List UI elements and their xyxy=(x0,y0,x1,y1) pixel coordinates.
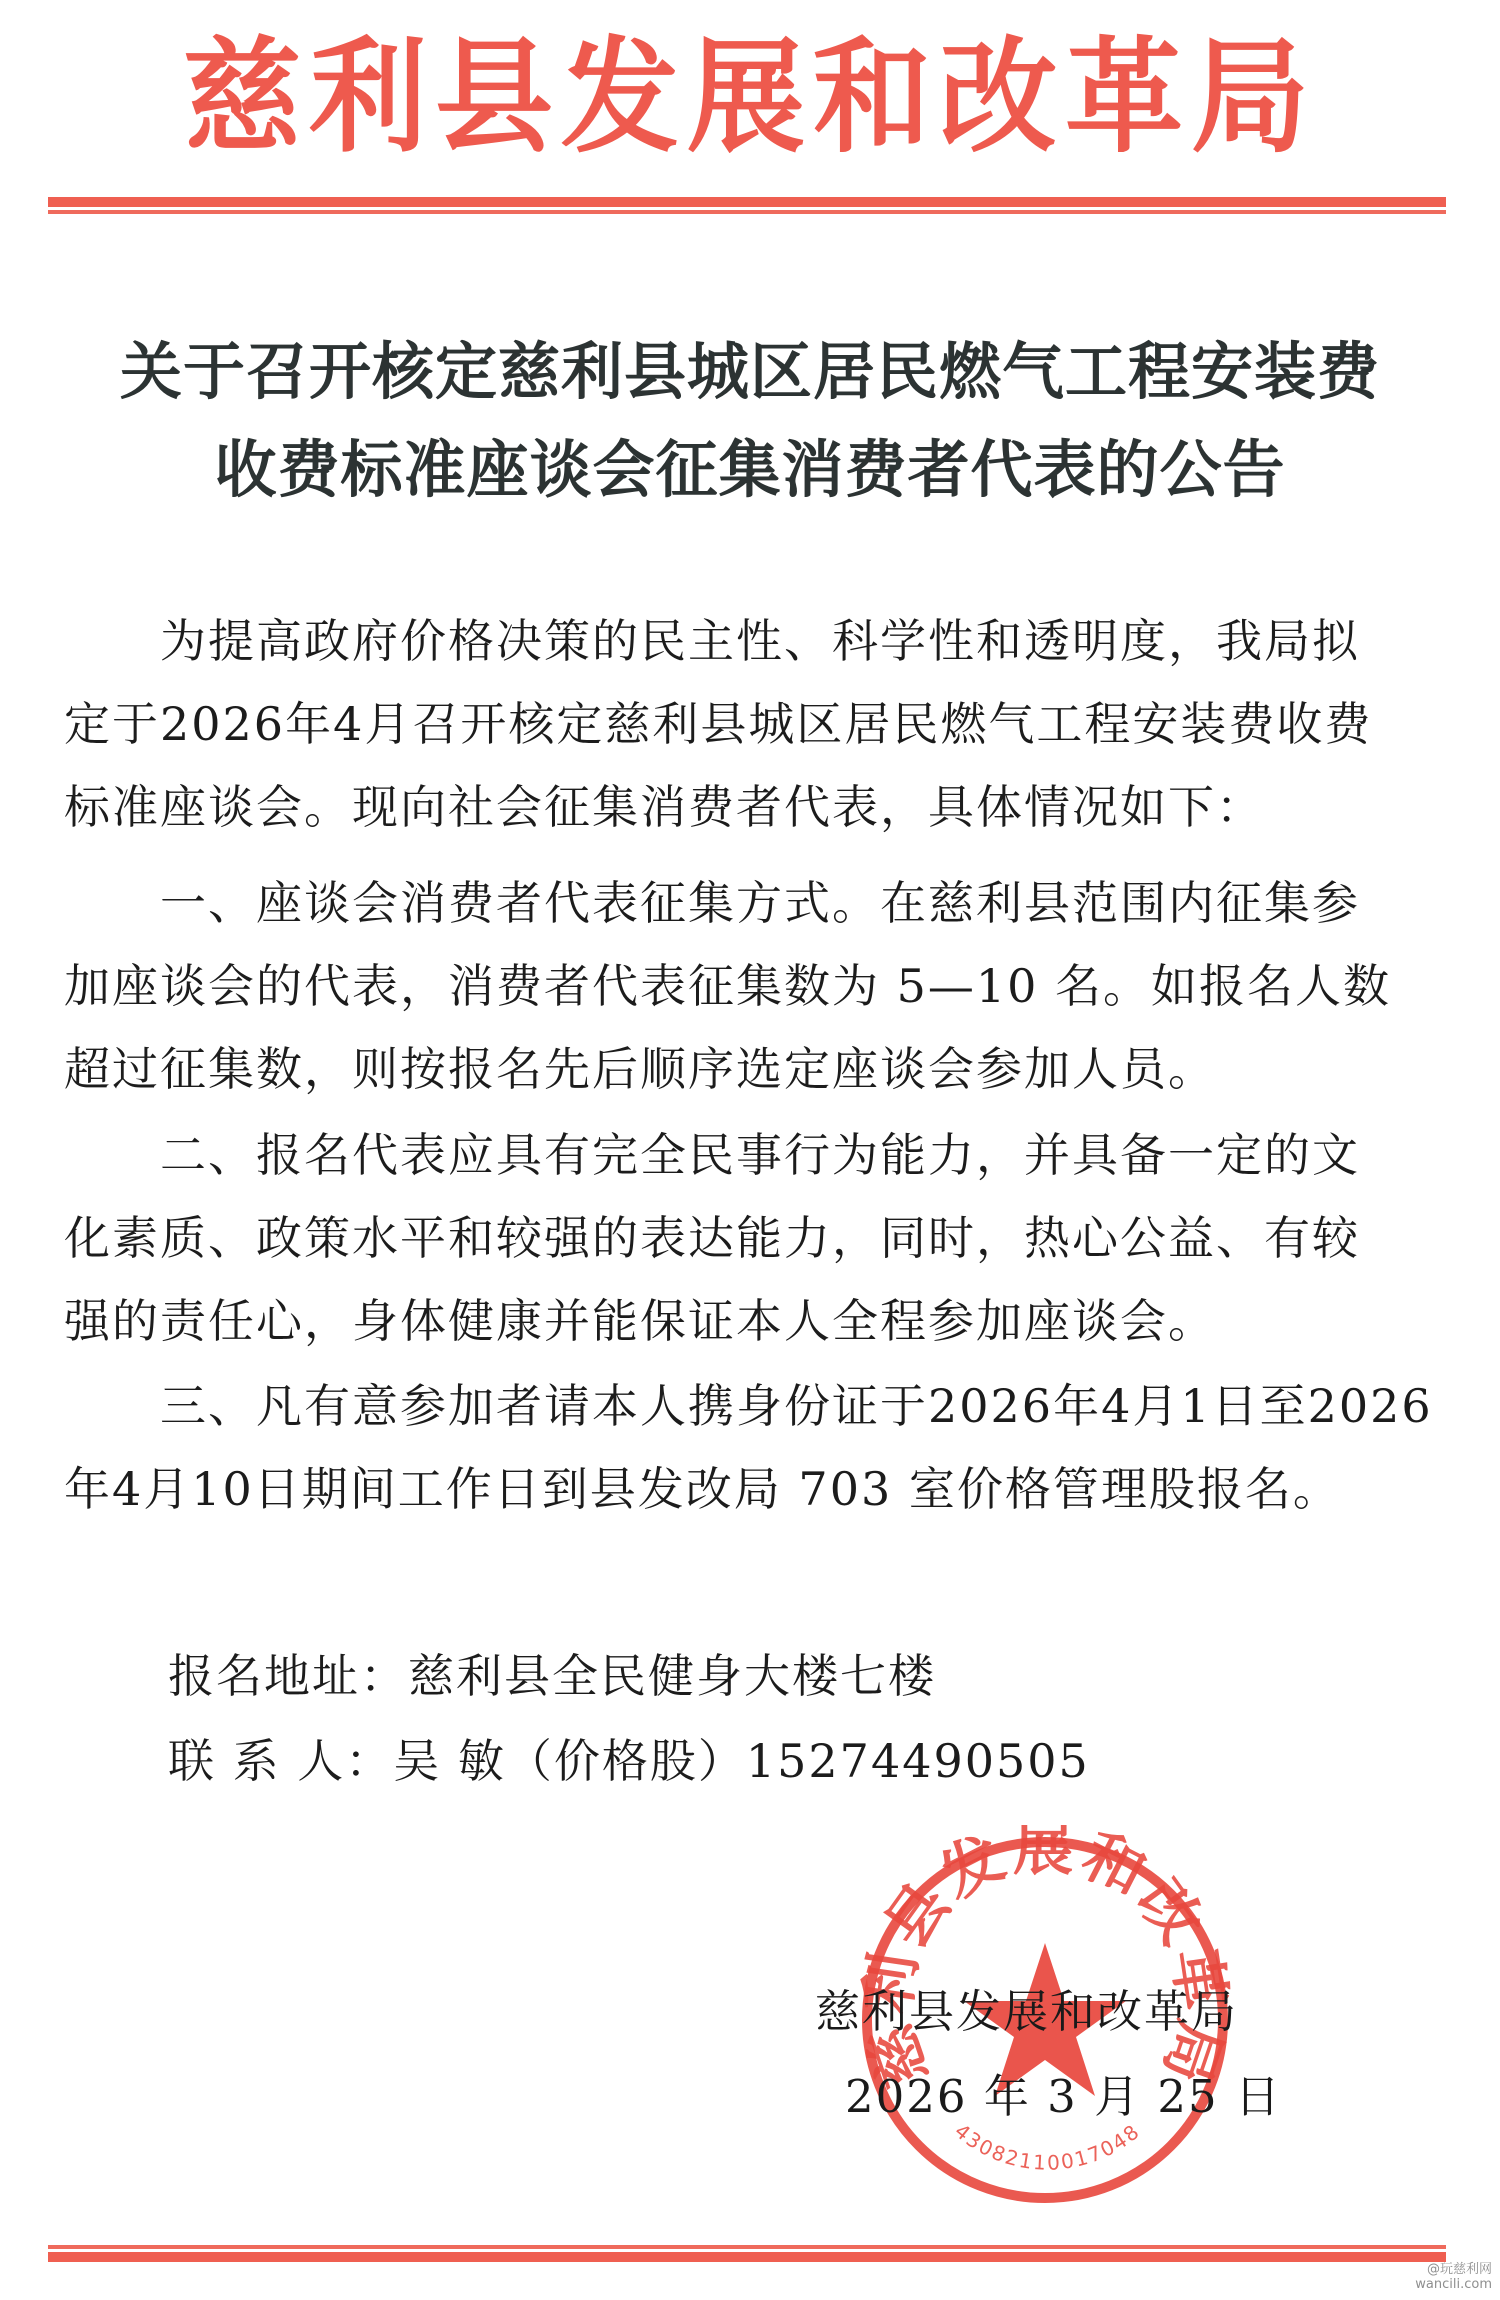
site-watermark: @玩慈利网 wancili.com xyxy=(1415,2262,1492,2292)
item-1-line: 一、座谈会消费者代表征集方式。在慈利县范围内征集参 xyxy=(64,862,1444,945)
item-2-paragraph: 二、报名代表应具有完全民事行为能力，并具备一定的文 化素质、政策水平和较强的表达… xyxy=(64,1114,1444,1363)
watermark-line-1: @玩慈利网 xyxy=(1415,2262,1492,2277)
address-row: 报名地址：慈利县全民健身大楼七楼 xyxy=(168,1640,936,1706)
watermark-line-2: wancili.com xyxy=(1415,2277,1492,2292)
header-rule-thick xyxy=(48,197,1446,207)
intro-paragraph: 为提高政府价格决策的民主性、科学性和透明度，我局拟 定于2026年4月召开核定慈… xyxy=(64,600,1444,849)
item-3-line: 年4月10日期间工作日到县发改局 703 室价格管理股报名。 xyxy=(64,1448,1444,1531)
item-3-line: 三、凡有意参加者请本人携身份证于2026年4月1日至2026 xyxy=(64,1365,1444,1448)
header-rule-thin xyxy=(48,210,1446,214)
intro-line: 定于2026年4月召开核定慈利县城区居民燃气工程安装费收费 xyxy=(64,683,1444,766)
item-3-paragraph: 三、凡有意参加者请本人携身份证于2026年4月1日至2026 年4月10日期间工… xyxy=(64,1365,1444,1531)
intro-line: 标准座谈会。现向社会征集消费者代表，具体情况如下： xyxy=(64,766,1444,849)
footer-rule-thin xyxy=(48,2245,1446,2249)
item-2-line: 二、报名代表应具有完全民事行为能力，并具备一定的文 xyxy=(64,1114,1444,1197)
signature-date: 2026 年 3 月 25 日 xyxy=(845,2060,1282,2125)
item-1-paragraph: 一、座谈会消费者代表征集方式。在慈利县范围内征集参 加座谈会的代表，消费者代表征… xyxy=(64,862,1444,1111)
signer-org: 慈利县发展和改革局 xyxy=(815,1975,1238,2040)
footer-rule-thick xyxy=(48,2252,1446,2262)
svg-text:43082110017048: 43082110017048 xyxy=(950,2119,1145,2175)
item-2-line: 化素质、政策水平和较强的表达能力，同时，热心公益、有较 xyxy=(64,1197,1444,1280)
notice-title-line-2: 收费标准座谈会征集消费者代表的公告 xyxy=(0,420,1500,509)
contact-person-value: 吴 敏（价格股）15274490505 xyxy=(393,1734,1090,1788)
address-label: 报名地址： xyxy=(168,1649,408,1703)
item-2-line: 强的责任心，身体健康并能保证本人全程参加座谈会。 xyxy=(64,1280,1444,1363)
intro-line: 为提高政府价格决策的民主性、科学性和透明度，我局拟 xyxy=(64,600,1444,683)
notice-title-line-1: 关于召开核定慈利县城区居民燃气工程安装费 xyxy=(0,322,1500,411)
contact-person-row: 联 系 人：吴 敏（价格股）15274490505 xyxy=(168,1725,1090,1791)
address-value: 慈利县全民健身大楼七楼 xyxy=(408,1649,936,1703)
item-1-line: 超过征集数，则按报名先后顺序选定座谈会参加人员。 xyxy=(64,1028,1444,1111)
item-1-line: 加座谈会的代表，消费者代表征集数为 5—10 名。如报名人数 xyxy=(64,945,1444,1028)
masthead-org-name: 慈利县发展和改革局 xyxy=(0,18,1500,176)
contact-person-label: 联 系 人： xyxy=(168,1734,393,1788)
